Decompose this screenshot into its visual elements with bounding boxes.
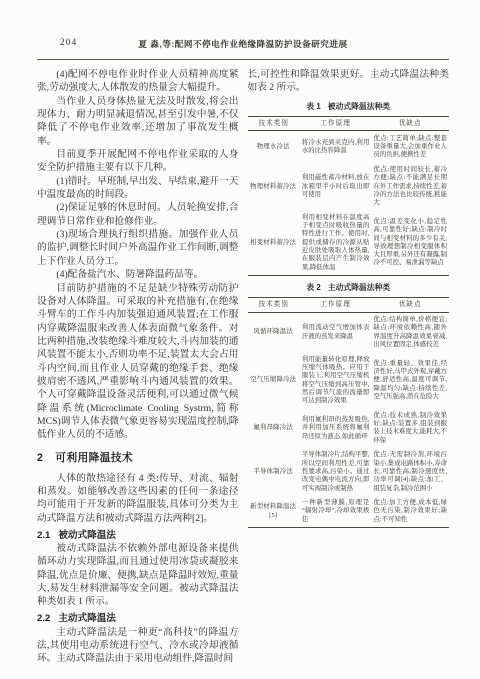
table-cell: 优点:温差变化小,稳定性高,可靠性好;缺点:制冷时间与相变材料的多少有关,导致理…: [371, 211, 449, 276]
table-header-row: 技术类别工作原理优缺点: [248, 116, 450, 131]
table-cell: 半导体制冷片,结构平整,所以空间利用性差,可靠性要求高,污染小。通过改变电偶中电…: [300, 448, 372, 496]
running-head: 204 夏 淼,等:配网不停电作业绝缘降温防护设备研究进展: [37, 36, 449, 52]
table-cell: 利用相变材料在温度高于相变点时吸收热量的特性进行工作。使用时,提供或储存的冷源从…: [300, 211, 372, 276]
table-cell: 新型材料降温法[5]: [248, 496, 300, 528]
subsection-heading: 2.2主动式降温法: [37, 610, 239, 624]
subsection-title: 被动式降温法: [58, 530, 116, 541]
column-header: 技术类别: [248, 298, 300, 313]
table-row: 新型材料降温法[5]一种新型薄膜,原理是“辐射冷却”,冷却效果极佳优点:加工方便…: [248, 496, 450, 528]
paragraph: 人体的散热途径有 4 类:传导、对流、辐射和蒸发。如能够改善这些因素的任何一条途…: [37, 472, 239, 525]
column-header: 工作原理: [300, 116, 372, 131]
table-cell: 优点:使用时间较长,蓄冷方便;缺点:不能满足长期在外工作需求,持续性差,蓄冷的方…: [371, 163, 449, 211]
table-row: 氟利昂降冷法利用氟利昂的蒸发吸热,并利用加压系统将氟利昂还原为液态,如此循环优点…: [248, 409, 450, 449]
table-row: 半导体制冷法半导体制冷片,结构平整,所以空间利用性差,可靠性要求高,污染小。通过…: [248, 448, 450, 496]
running-title: 夏 淼,等:配网不停电作业绝缘降温防护设备研究进展: [37, 38, 449, 50]
table-cell: 利用磁性蓄冷材料,放在冰箱里半小时后取出即可使用: [300, 163, 372, 211]
subsection-number: 2.1: [37, 530, 50, 541]
table-1-caption: 表 1被动式降温法种类: [248, 101, 450, 112]
table-row: 相变材料蓄冷法利用相变材料在温度高于相变点时吸收热量的特性进行工作。使用时,提供…: [248, 211, 450, 276]
table-cell: 半导体制冷法: [248, 448, 300, 496]
table-cell: 氟利昂降冷法: [248, 409, 300, 449]
table-cell: 物理水冷法: [248, 131, 300, 163]
subsection-number: 2.2: [37, 613, 50, 624]
column-header: 工作原理: [300, 298, 372, 313]
paragraph: 当作业人员身体热量无法及时散发,将会出现体力、耐力明显减退情况,甚至引发中暑,不…: [37, 95, 239, 148]
table-row: 物理水冷法将冷水充到夹克内,利用水的比热容降温优点:工艺简单;缺点:整套设备重量…: [248, 131, 450, 163]
table-cell: 利用能量转化原理,释放压缩气体吸热。应用于服装上,利用空气压缩机将空气压缩到高压…: [300, 352, 372, 408]
passive-methods-table: 技术类别工作原理优缺点物理水冷法将冷水充到夹克内,利用水的比热容降温优点:工艺简…: [248, 116, 450, 276]
paragraph: (1)错时。早班制,早出发、早结束,避开一天中温度最高的时间段。: [37, 175, 239, 202]
section-title: 可利用降温技术: [55, 452, 133, 464]
table-cell: 优点:加工方便,成本低,绿色无污染,制冷效果好;缺点:不可知性: [371, 496, 449, 528]
table-row: 风循环降温法利用流动空气增加体表汗液的蒸发来降温优点:结构简单,价格便宜;缺点:…: [248, 312, 450, 352]
table-1-block: 表 1被动式降温法种类 技术类别工作原理优缺点物理水冷法将冷水充到夹克内,利用水…: [248, 101, 450, 276]
table-cell: 优点:工艺简单;缺点:整套设备重量大,会加重作业人员的负担,便携性差: [371, 131, 449, 163]
table-cell: 物理材料蓄冷法: [248, 163, 300, 211]
continuation-paragraph: 长,可控性和降温效果更好。主动式降温法种类如表 2 所示。: [248, 68, 450, 95]
subsection-heading: 2.1被动式降温法: [37, 527, 239, 541]
header-rule: [37, 59, 449, 60]
paragraph: (4)配备盐汽水、防暑降温药品等。: [37, 268, 239, 281]
table-1-title: 被动式降温法种类: [328, 102, 390, 111]
column-header: 优缺点: [371, 298, 449, 313]
table-2-caption: 表 2主动式降温法种类: [248, 282, 450, 293]
table-2-block: 表 2主动式降温法种类 技术类别工作原理优缺点风循环降温法利用流动空气增加体表汗…: [248, 282, 450, 528]
section-number: 2: [37, 452, 43, 464]
table-cell: 优点:结构简单,价格便宜;缺点:环境依赖性高,随外界温度升高降温效果衰减,出风位…: [371, 312, 449, 352]
paragraph: 目前防护措施的不足是缺少特殊劳动防护设备对人体降温。可采取的补充措施有,在绝缘斗…: [37, 282, 239, 442]
subsection-title: 主动式降温法: [58, 613, 116, 624]
table-cell: 利用氟利昂的蒸发吸热,并利用加压系统将氟利昂还原为液态,如此循环: [300, 409, 372, 449]
left-column: (4)配网不停电作业时作业人员精神高度紧张,劳动强度大,人体散发的热量会大幅提升…: [37, 68, 239, 666]
active-methods-table: 技术类别工作原理优缺点风循环降温法利用流动空气增加体表汗液的蒸发来降温优点:结构…: [248, 297, 450, 528]
paragraph: 目前夏季开展配网不停电作业采取的人身安全防护措施主要有以下几种。: [37, 148, 239, 175]
page-body: (4)配网不停电作业时作业人员精神高度紧张,劳动强度大,人体散发的热量会大幅提升…: [37, 68, 449, 666]
column-header: 优缺点: [371, 116, 449, 131]
section-heading: 2可利用降温技术: [37, 450, 239, 465]
table-cell: 风循环降温法: [248, 312, 300, 352]
paragraph: (3)现场合理执行组织措施。加强作业人员的监护,调整长时间户外高温作业工作间断,…: [37, 228, 239, 268]
table-cell: 相变材料蓄冷法: [248, 211, 300, 276]
table-1-number: 表 1: [306, 102, 320, 111]
table-row: 物理材料蓄冷法利用磁性蓄冷材料,放在冰箱里半小时后取出即可使用优点:使用时间较长…: [248, 163, 450, 211]
paper-page: 204 夏 淼,等:配网不停电作业绝缘降温防护设备研究进展 (4)配网不停电作业…: [0, 0, 480, 679]
right-column: 长,可控性和降温效果更好。主动式降温法种类如表 2 所示。 表 1被动式降温法种…: [248, 68, 450, 666]
table-cell: 一种新型薄膜,原理是“辐射冷却”,冷却效果极佳: [300, 496, 372, 528]
table-cell: 优点:技术成熟,制冷效果好;缺点:装置多,组装到服装上技术难度大,能耗大,不环保: [371, 409, 449, 449]
table-cell: 优点:重量轻、效果佳,经济性好,马甲式外观,穿戴方便,舒适性高,温度可调节,降温…: [371, 352, 449, 408]
table-cell: 将冷水充到夹克内,利用水的比热容降温: [300, 131, 372, 163]
column-header: 技术类别: [248, 116, 300, 131]
table-cell: 利用流动空气增加体表汗液的蒸发来降温: [300, 312, 372, 352]
table-2-number: 表 2: [306, 283, 320, 292]
table-cell: 优点:无需制冷剂,环境污染小,集成电路体积小,寿命长,可靠性高,制冷速度快,功率…: [371, 448, 449, 496]
table-row: 空气压缩降冷法利用能量转化原理,释放压缩气体吸热。应用于服装上,利用空气压缩机将…: [248, 352, 450, 408]
paragraph: (2)保证足够的休息时间。人员轮换安排,合理调节日常作业和抢修作业。: [37, 201, 239, 228]
paragraph: 被动式降温法不依赖外部电源设备来提供循环动力实现降温,而且通过使用冰袋或凝胶来降…: [37, 542, 239, 609]
table-2-title: 主动式降温法种类: [328, 283, 390, 292]
paragraph: (4)配网不停电作业时作业人员精神高度紧张,劳动强度大,人体散发的热量会大幅提升…: [37, 68, 239, 95]
table-cell: 空气压缩降冷法: [248, 352, 300, 408]
paragraph: 主动式降温法是一种更“高科技”的降温方法,其使用电动系统进行空气、冷水或冷却液循…: [37, 626, 239, 666]
table-header-row: 技术类别工作原理优缺点: [248, 298, 450, 313]
